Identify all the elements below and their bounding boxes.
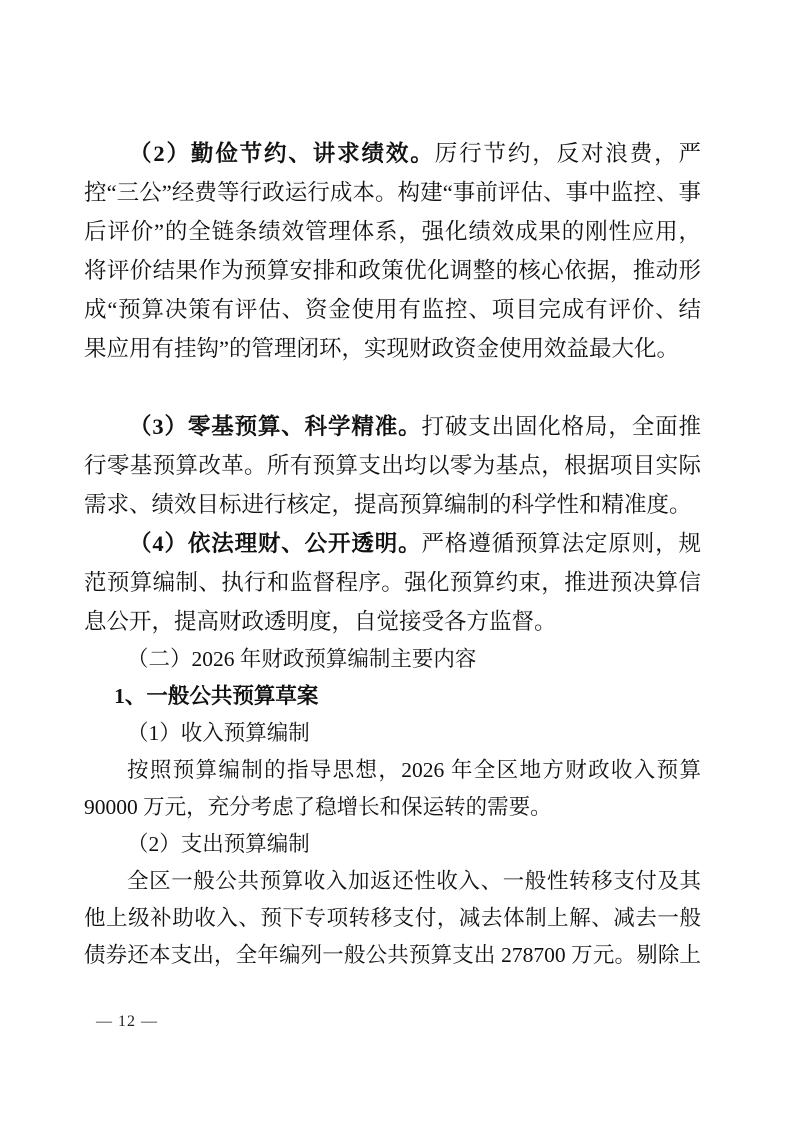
document-page: （2）勤俭节约、讲求绩效。厉行节约，反对浪费，严控“三公”经费等行政运行成本。构… — [0, 0, 793, 1122]
subheading-revenue-budget: （1）收入预算编制 — [84, 715, 701, 752]
heading-section-two: （二）2026 年财政预算编制主要内容 — [84, 641, 701, 678]
text-block: （2）勤俭节约、讲求绩效。厉行节约，反对浪费，严控“三公”经费等行政运行成本。构… — [84, 134, 701, 974]
para-expenditure-detail: 全区一般公共预算收入加返还性收入、一般性转移支付及其他上级补助收入、预下专项转移… — [84, 863, 701, 974]
para-lawful-transparent: （4）依法理财、公开透明。严格遵循预算法定原则，规范预算编制、执行和监督程序。强… — [84, 524, 701, 641]
para-revenue-detail: 按照预算编制的指导思想，2026 年全区地方财政收入预算 90000 万元，充分… — [84, 752, 701, 826]
heading-general-public-budget: 1、一般公共预算草案 — [84, 678, 701, 715]
para-thrift-lead: （2）勤俭节约、讲求绩效。 — [129, 141, 435, 166]
page-number: — 12 — — [96, 1011, 158, 1033]
para-zero-base-budget: （3）零基预算、科学精准。打破支出固化格局，全面推行零基预算改革。所有预算支出均… — [84, 407, 701, 524]
para-thrift-text: 厉行节约，反对浪费，严控“三公”经费等行政运行成本。构建“事前评估、事中监控、事… — [84, 141, 701, 361]
para-thrift-performance: （2）勤俭节约、讲求绩效。厉行节约，反对浪费，严控“三公”经费等行政运行成本。构… — [84, 134, 701, 407]
subheading-expenditure-budget: （2）支出预算编制 — [84, 826, 701, 863]
para-zero-base-lead: （3）零基预算、科学精准。 — [129, 414, 421, 439]
para-lawful-lead: （4）依法理财、公开透明。 — [129, 531, 421, 556]
